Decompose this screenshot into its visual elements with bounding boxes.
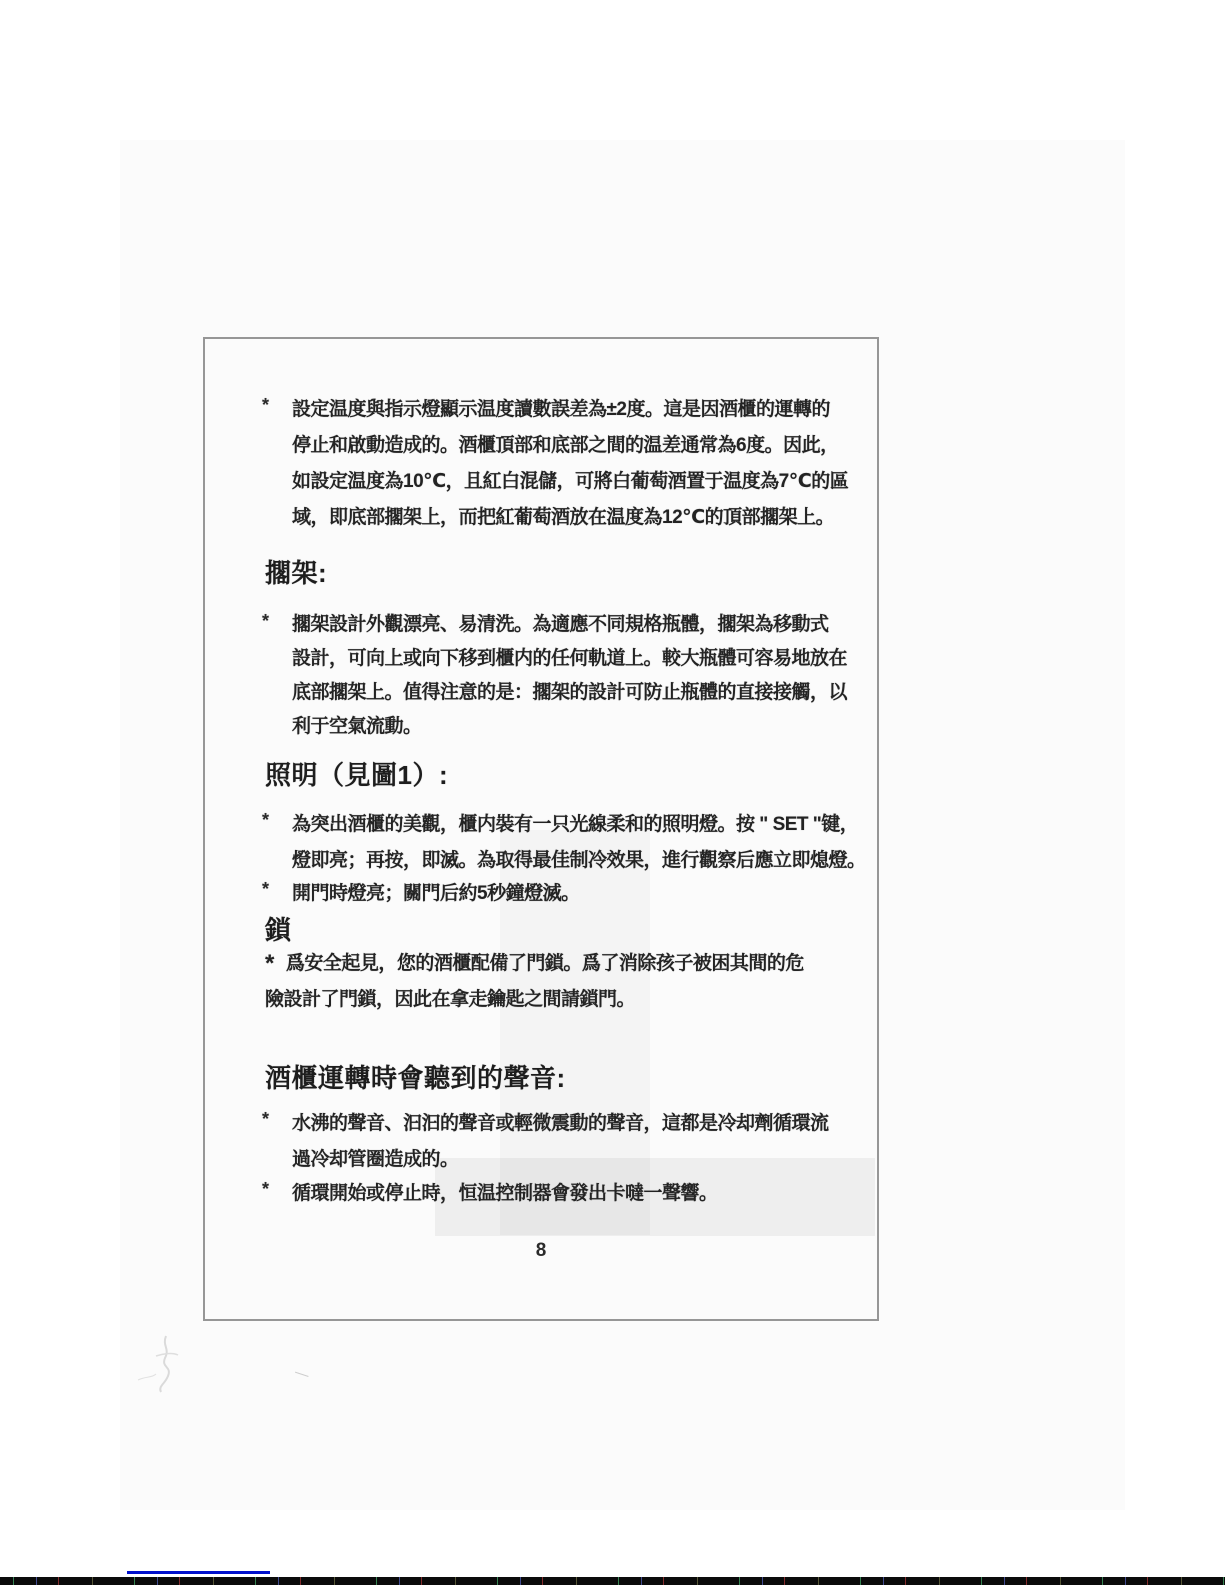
bullet-asterisk: *	[262, 1109, 269, 1130]
blue-underline-mark	[127, 1571, 270, 1574]
bullet-asterisk: *	[265, 950, 286, 977]
text-line: 設計，可向上或向下移到櫃内的任何軌道上。較大瓶體可容易地放在	[292, 642, 847, 676]
scanned-manual-page: * 設定温度與指示燈顯示温度讀數誤差為±2度。這是因酒櫃的運轉的 停止和啟動造成…	[0, 0, 1225, 1585]
bullet-asterisk: *	[262, 879, 269, 900]
text-line: 水沸的聲音、汩汩的聲音或輕微震動的聲音，這都是冷却劑循環流	[292, 1106, 829, 1142]
paragraph-lock-line2: 險設計了門鎖，因此在拿走鑰匙之間請鎖門。	[265, 984, 635, 1011]
paragraph-shelves: * 擱架設計外觀漂亮、易清洗。為適應不同規格瓶體，擱架為移動式 設計，可向上或向…	[292, 608, 847, 744]
text-line: 域，即底部擱架上，而把紅葡萄酒放在温度為12℃的頂部擱架上。	[292, 500, 848, 536]
page-number: 8	[203, 1240, 879, 1262]
paragraph-lighting: * 為突出酒櫃的美觀，櫃内裝有一只光線柔和的照明燈。按 " SET "键， 燈即…	[292, 807, 866, 879]
text-line: 為突出酒櫃的美觀，櫃内裝有一只光線柔和的照明燈。按 " SET "键，	[292, 807, 866, 843]
bullet-asterisk: *	[262, 395, 269, 416]
section-heading-shelves: 擱架:	[265, 553, 327, 590]
paragraph-thermostat-click: * 循環開始或停止時，恒温控制器會發出卡噠一聲響。	[292, 1176, 718, 1212]
text-line: 過冷却管圈造成的。	[292, 1142, 829, 1178]
text-line: 底部擱架上。值得注意的是：擱架的設計可防止瓶體的直接接觸，以	[292, 676, 847, 710]
paragraph-temperature: * 設定温度與指示燈顯示温度讀數誤差為±2度。這是因酒櫃的運轉的 停止和啟動造成…	[292, 392, 848, 536]
section-heading-sounds: 酒櫃運轉時會聽到的聲音:	[265, 1058, 566, 1095]
section-heading-lighting: 照明（見圖1）:	[265, 755, 448, 792]
text-line: 利于空氣流動。	[292, 710, 847, 744]
text-line: 如設定温度為10℃，且紅白混儲，可將白葡萄酒置于温度為7℃的區	[292, 464, 848, 500]
paragraph-door-light: * 開門時燈亮；關門后約5秒鐘燈滅。	[292, 876, 580, 912]
bullet-asterisk: *	[262, 810, 269, 831]
scan-edge-bar	[0, 1577, 1225, 1585]
ink-smudge	[128, 1328, 218, 1398]
bullet-asterisk: *	[262, 1179, 269, 1200]
text-line: 循環開始或停止時，恒温控制器會發出卡噠一聲響。	[292, 1176, 718, 1212]
text-line: 擱架設計外觀漂亮、易清洗。為適應不同規格瓶體，擱架為移動式	[292, 608, 847, 642]
paragraph-sounds: * 水沸的聲音、汩汩的聲音或輕微震動的聲音，這都是冷却劑循環流 過冷却管圈造成的…	[292, 1106, 829, 1178]
paragraph-lock-line1: *爲安全起見，您的酒櫃配備了門鎖。爲了消除孩子被困其間的危	[265, 948, 804, 978]
bullet-asterisk: *	[262, 611, 269, 632]
text-line: 燈即亮；再按，即滅。為取得最佳制冷效果，進行觀察后應立即熄燈。	[292, 843, 866, 879]
text-line: 爲安全起見，您的酒櫃配備了門鎖。爲了消除孩子被困其間的危	[286, 953, 804, 974]
text-line: 開門時燈亮；關門后約5秒鐘燈滅。	[292, 876, 580, 912]
text-line: 設定温度與指示燈顯示温度讀數誤差為±2度。這是因酒櫃的運轉的	[292, 392, 848, 428]
section-heading-lock: 鎖	[265, 910, 292, 947]
text-line: 停止和啟動造成的。酒櫃頂部和底部之間的温差通常為6度。因此，	[292, 428, 848, 464]
